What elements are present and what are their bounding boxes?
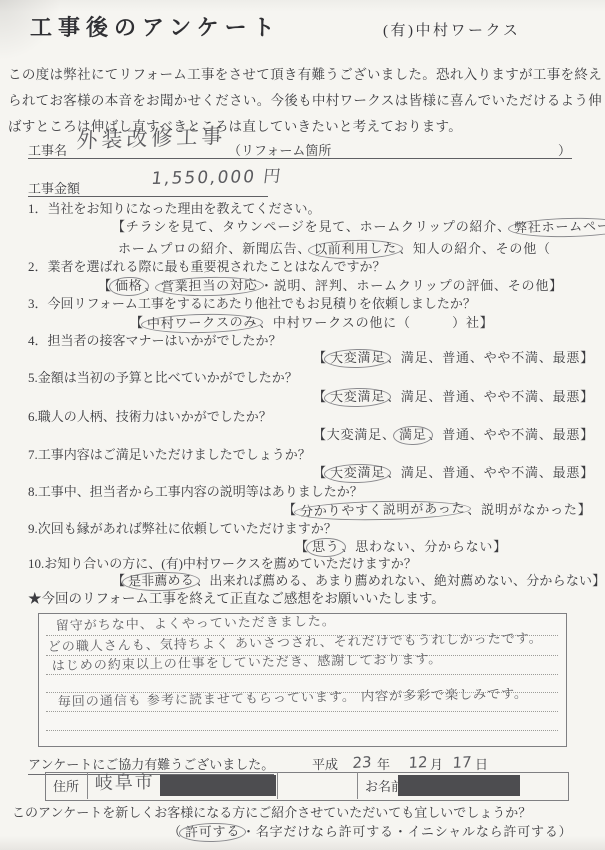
question-3-options: 【中村ワークスのみ、中村ワークスの他に（ ）社】 <box>130 315 494 331</box>
amount-handwritten: 1,550,000 円 <box>150 167 284 191</box>
option-text: ホームプロの紹介、新聞広告、 <box>118 241 311 256</box>
day-unit: 日 <box>475 757 488 773</box>
option-text: 、満足、普通、やや不満、最悪】 <box>387 350 594 365</box>
table-divider <box>87 772 88 799</box>
era-label: 平成 <box>312 757 338 773</box>
amount-label: 工事金額 <box>28 181 80 197</box>
reform-area-close: ） <box>558 143 571 159</box>
question-2-options: 【価格、営業担当の対応・説明、評判、ホームクリップの評価、その他】 <box>98 278 563 294</box>
question-8-answer: 【分かりやすく説明があった、説明がなかった】 <box>283 502 592 518</box>
circle-annotation: 大変満足 <box>324 463 392 484</box>
circle-annotation: 許可する <box>179 822 247 843</box>
circle-annotation: 弊社ホームページ <box>508 217 605 239</box>
month-handwritten: 12 <box>408 753 428 773</box>
question-6-answer: 【大変満足、満足、普通、やや不満、最悪】 <box>313 427 594 443</box>
circle-annotation: 大変満足 <box>324 387 392 408</box>
table-divider <box>277 772 278 799</box>
circle-annotation: 以前利用した <box>308 239 403 260</box>
address-label: 住所 <box>53 779 79 795</box>
option-text: 、知人の紹介、その他（ ）】 <box>399 241 605 256</box>
feedback-prompt: ★今回のリフォーム工事を終えて正直なご感想をお願いいたします。 <box>28 591 445 608</box>
option-text: 、満足、普通、やや不満、最悪】 <box>387 465 594 480</box>
day-handwritten: 17 <box>452 753 472 773</box>
question-7-answer: 【大変満足、満足、普通、やや不満、最悪】 <box>313 465 594 481</box>
month-unit: 月 <box>430 757 443 773</box>
comment-ruled-line <box>46 711 558 712</box>
question-9: 9.次回も縁があれば弊社に依頼していただけますか？ <box>28 521 337 537</box>
question-4-answer: 【大変満足、満足、普通、やや不満、最悪】 <box>313 350 594 366</box>
project-name-underline <box>28 158 572 159</box>
option-text: 、思わない、分からない】 <box>341 539 507 554</box>
option-text: 【大変満足、 <box>313 427 396 442</box>
year-handwritten: 23 <box>352 753 372 773</box>
question-1-options-line2: ホームプロの紹介、新聞広告、以前利用した、知人の紹介、その他（ ）】 <box>118 241 605 257</box>
option-text: ・説明、評判、ホームクリップの評価、その他】 <box>260 278 563 293</box>
circle-annotation: 分かりやすく説明があった <box>294 499 472 522</box>
name-redaction <box>398 775 520 796</box>
option-text: 【チラシを見て、タウンページを見て、ホームクリップの紹介、 <box>112 219 511 234</box>
question-10: 10.お知り合いの方に、(有)中村ワークスを薦めていただけますか？ <box>28 556 417 572</box>
circle-annotation: 大変満足 <box>324 348 392 369</box>
option-text: 、普通、やや不満、最悪】 <box>428 427 594 442</box>
table-divider <box>357 772 358 799</box>
question-10-answer: 【是非薦める、出来れば薦める、あまり薦めれない、絶対薦めない、分からない】 <box>112 573 605 589</box>
circle-annotation: 価格 <box>109 277 149 297</box>
option-text: 、出来れば薦める、あまり薦めれない、絶対薦めない、分からない】 <box>196 573 605 588</box>
circle-annotation: 満足 <box>393 426 433 446</box>
circle-annotation: 営業担当の対応 <box>155 276 264 298</box>
consent-answer: （許可する・名字だけなら許可する・イニシャルなら許可する） <box>168 824 572 840</box>
question-6: 6.職人の人柄、技術力はいかがでしたか？ <box>28 409 272 425</box>
option-text: 、満足、普通、やや不満、最悪】 <box>387 389 594 404</box>
page-title: 工事後のアンケート <box>30 14 281 42</box>
comment-ruled-line <box>46 730 558 731</box>
question-5-answer: 【大変満足、満足、普通、やや不満、最悪】 <box>313 389 594 405</box>
question-9-answer: 【思う、思わない、分からない】 <box>295 539 507 555</box>
question-2: 2．業者を選ばれる際に最も重要視されたことはなんですか？ <box>28 259 386 275</box>
circle-annotation: 思う <box>306 538 346 558</box>
amount-underline <box>28 196 268 197</box>
project-name-handwritten: 外装改修工事 <box>76 123 227 155</box>
reform-area-label: （リフォーム箇所 <box>228 143 331 159</box>
option-text: 、説明がなかった】 <box>467 502 591 517</box>
question-7: 7.工事内容はご満足いただけましたでしょうか？ <box>28 447 311 463</box>
scanned-survey-page: 工事後のアンケート (有)中村ワークス この度は弊社にてリフォーム工事をさせて頂… <box>0 0 605 850</box>
address-handwritten: 岐阜市 <box>95 772 155 796</box>
question-3: 3．今回リフォーム工事をするにあたり他社でもお見積りを依頼しましたか？ <box>28 296 476 312</box>
question-1-options-line1: 【チラシを見て、タウンページを見て、ホームクリップの紹介、弊社ホームページ <box>112 219 605 235</box>
question-5: 5.金額は当初の予算と比べていかがでしたか？ <box>28 370 298 386</box>
question-1: 1．当社をお知りになった理由を教えてください。 <box>28 201 321 217</box>
address-redaction <box>160 775 276 796</box>
circle-annotation: 是非薦める <box>122 571 200 592</box>
year-unit: 年 <box>377 757 390 773</box>
consent-question: このアンケートを新しくお客様になる方にご紹介させていただいても宜しいでしょうか？ <box>12 805 531 821</box>
company-name: (有)中村ワークス <box>383 22 520 41</box>
project-name-label: 工事名 <box>28 143 67 159</box>
comment-ruled-line <box>46 674 558 675</box>
question-8: 8.工事中、担当者から工事内容の説明等はありましたか？ <box>28 484 363 500</box>
thanks-text: アンケートにご協力有難うございました。 <box>28 757 274 773</box>
circle-annotation: 中村ワークスのみ <box>141 313 264 335</box>
option-text: 、中村ワークスの他に（ ）社】 <box>259 315 493 330</box>
option-text: ・名字だけなら許可する・イニシャルなら許可する） <box>242 824 572 839</box>
question-4: 4．担当者の接客マナーはいかがでしたか？ <box>28 333 282 349</box>
